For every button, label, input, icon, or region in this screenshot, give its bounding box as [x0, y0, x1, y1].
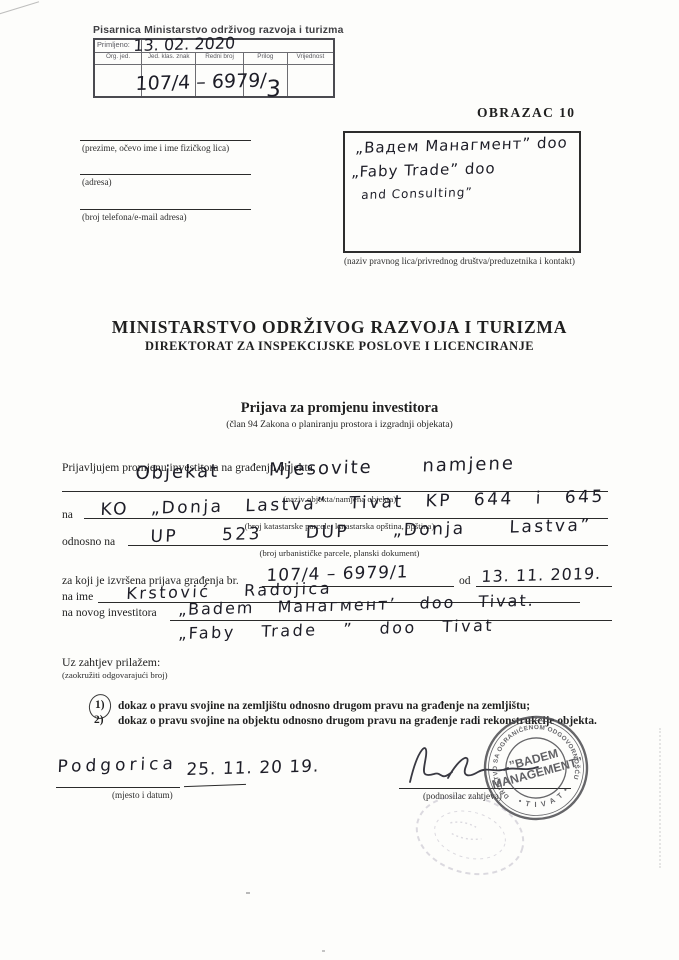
form-subtitle: (član 94 Zakona o planiranju prostora i …: [0, 419, 679, 430]
footer-date-handwritten: 25. 11. 20 19.: [186, 756, 320, 780]
legal-entity-box: „Вадем Манагмент” doo „Faby Trade” doo a…: [343, 131, 581, 253]
place-date-line: [56, 787, 180, 788]
scan-dotted-edge: [659, 728, 661, 868]
prijava-date-line: [476, 586, 612, 587]
applicant-name-caption: (prezime, očevo ime i ime fizičkog lica): [82, 143, 229, 153]
attachment-item-2-number: 2): [94, 714, 104, 726]
registry-number-handwritten: 107/4 – 6979/3: [135, 66, 282, 96]
attachments-note: (zaokružiti odgovarajući broj): [62, 670, 168, 680]
scan-speck: [246, 892, 250, 894]
applicant-phone-line: [80, 209, 251, 210]
place-date-caption: (mjesto i datum): [112, 790, 173, 800]
investor-label: na novog investitora: [62, 606, 157, 619]
scanned-form-page: Pisarnica Ministarstvo održivog razvoja …: [0, 0, 679, 960]
place-handwritten: Podgorica: [57, 754, 177, 777]
odnosno-label: odnosno na: [62, 535, 115, 548]
attachments-label: Uz zahtjev prilažem:: [62, 655, 160, 670]
applicant-address-caption: (adresa): [82, 177, 112, 187]
od-label: od: [459, 574, 471, 587]
urban-parcel-caption: (broj urbanističke parcele, planski doku…: [0, 548, 679, 558]
legal-entity-caption: (naziv pravnog lica/privrednog društva/p…: [344, 256, 575, 266]
col-vrijednost: Vrijednost: [287, 52, 334, 64]
attachment-item-1-number: 1): [95, 699, 105, 711]
applicant-phone-caption: (broj telefona/e-mail adresa): [82, 212, 187, 222]
prijava-date-handwritten: 13. 11. 2019.: [481, 564, 602, 586]
ministry-title: MINISTARSTVO ODRŽIVOG RAZVOJA I TURIZMA: [0, 317, 679, 338]
registry-number-main: 107/4 – 6979/: [135, 70, 267, 95]
urban-parcel-line: [128, 545, 608, 546]
intake-stamp: Pisarnica Ministarstvo održivog razvoja …: [93, 25, 335, 98]
registry-number-sub: 3: [266, 76, 282, 102]
col-redni-broj: Redni broj: [196, 52, 243, 64]
applicant-name-line: [80, 140, 251, 141]
na-label: na: [62, 508, 73, 521]
entity-line-3: and Consulting”: [361, 185, 473, 202]
received-date-handwritten: 13. 02. 2020: [133, 33, 236, 55]
attachment-item-1-text: dokaz o pravu svojine na zemljištu odnos…: [118, 700, 530, 712]
col-prilog: Prilog: [243, 52, 287, 64]
form-code: OBRAZAC 10: [477, 105, 575, 121]
name-label: na ime: [62, 590, 93, 603]
form-title: Prijava za promjenu investitora: [0, 400, 679, 417]
entity-line-2: „Faby Trade” doo: [351, 159, 496, 181]
object-name-handwritten: Objekat Mjesovite namjene: [135, 453, 515, 484]
applicant-address-line: [80, 174, 251, 175]
date-strike-line: [184, 784, 246, 787]
directorate-title: DIREKTORAT ZA INSPEKCIJSKE POSLOVE I LIC…: [0, 339, 679, 354]
scan-corner-artifact: [0, 1, 39, 15]
scan-speck: [322, 950, 325, 952]
entity-line-1: „Вадем Манагмент” doo: [355, 133, 568, 157]
intake-cell: [287, 64, 334, 97]
